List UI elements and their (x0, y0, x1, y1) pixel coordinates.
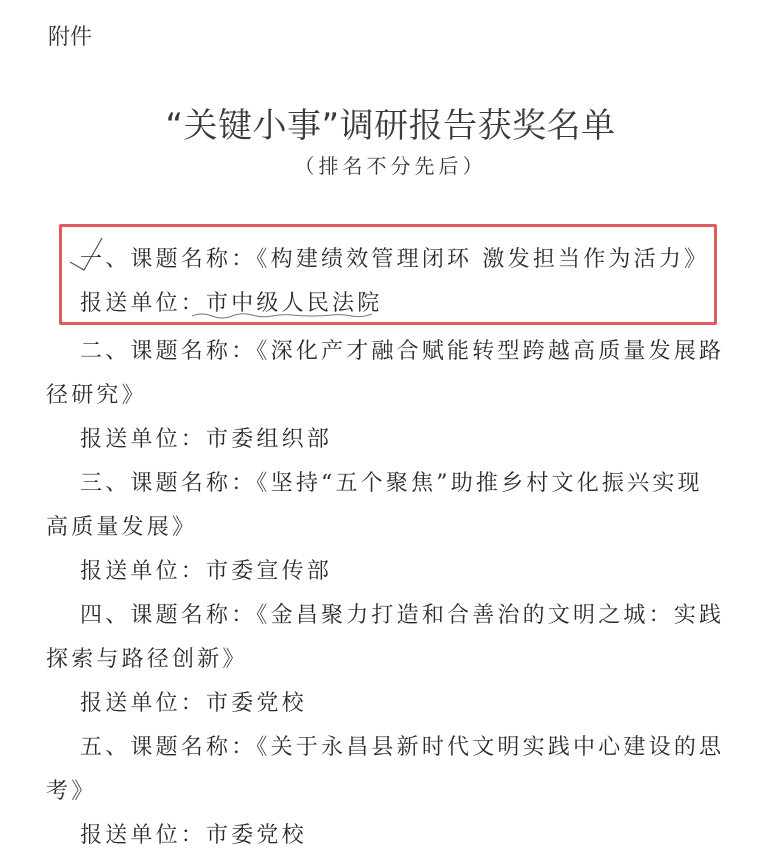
topic-label: 课题名称： (130, 471, 256, 496)
topic-label: 课题名称： (130, 339, 256, 364)
entry-4-topic-continuation: 探索与路径创新》 (46, 642, 248, 673)
unit-label: 报送单位： (80, 691, 206, 716)
entry-index: 三、 (80, 471, 130, 496)
topic-title: 《关于永昌县新时代文明实践中心建设的思 (256, 735, 724, 760)
entry-index: 二、 (80, 339, 130, 364)
entry-1-unit-line: 报送单位：市中级人民法院 (80, 286, 382, 317)
unit-label: 报送单位： (80, 427, 206, 452)
unit-name: 市委党校 (206, 691, 307, 716)
entry-3-unit-line: 报送单位：市委宣传部 (80, 554, 332, 585)
topic-label: 课题名称： (130, 603, 256, 628)
entry-2-topic-continuation: 径研究》 (46, 378, 147, 409)
entry-2-topic-line: 二、课题名称：《深化产才融合赋能转型跨越高质量发展路 (80, 334, 724, 365)
entry-5-topic-line: 五、课题名称：《关于永昌县新时代文明实践中心建设的思 (80, 730, 724, 761)
entry-5-topic-continuation: 考》 (46, 774, 96, 805)
entry-3-topic-line: 三、课题名称：《坚持“五个聚焦”助推乡村文化振兴实现 (80, 466, 703, 497)
topic-title: 《构建绩效管理闭环 激发担当作为活力》 (256, 247, 709, 272)
unit-label: 报送单位： (80, 559, 206, 584)
topic-label: 课题名称： (130, 247, 256, 272)
topic-title: 《坚持“五个聚焦”助推乡村文化振兴实现 (256, 471, 702, 496)
entry-4-topic-line: 四、课题名称：《金昌聚力打造和合善治的文明之城：实践 (80, 598, 724, 629)
page-title: “关键小事”调研报告获奖名单 (0, 98, 781, 147)
unit-name: 市中级人民法院 (206, 291, 382, 316)
topic-title: 《深化产才融合赋能转型跨越高质量发展路 (256, 339, 724, 364)
attachment-label: 附件 (48, 20, 92, 51)
entry-2-unit-line: 报送单位：市委组织部 (80, 422, 332, 453)
topic-title: 《金昌聚力打造和合善治的文明之城：实践 (256, 603, 724, 628)
unit-name: 市委组织部 (206, 427, 332, 452)
unit-label: 报送单位： (80, 823, 206, 848)
entry-index: 一、 (80, 247, 130, 272)
entry-index: 五、 (80, 735, 130, 760)
unit-name: 市委党校 (206, 823, 307, 848)
unit-label: 报送单位： (80, 291, 206, 316)
entry-4-unit-line: 报送单位：市委党校 (80, 686, 307, 717)
entry-index: 四、 (80, 603, 130, 628)
page-subtitle: （排名不分先后） (0, 150, 781, 179)
entry-3-topic-continuation: 高质量发展》 (46, 510, 197, 541)
entry-1-topic-line: 一、课题名称：《构建绩效管理闭环 激发担当作为活力》 (80, 242, 709, 273)
entry-5-unit-line: 报送单位：市委党校 (80, 818, 307, 849)
topic-label: 课题名称： (130, 735, 256, 760)
unit-name: 市委宣传部 (206, 559, 332, 584)
